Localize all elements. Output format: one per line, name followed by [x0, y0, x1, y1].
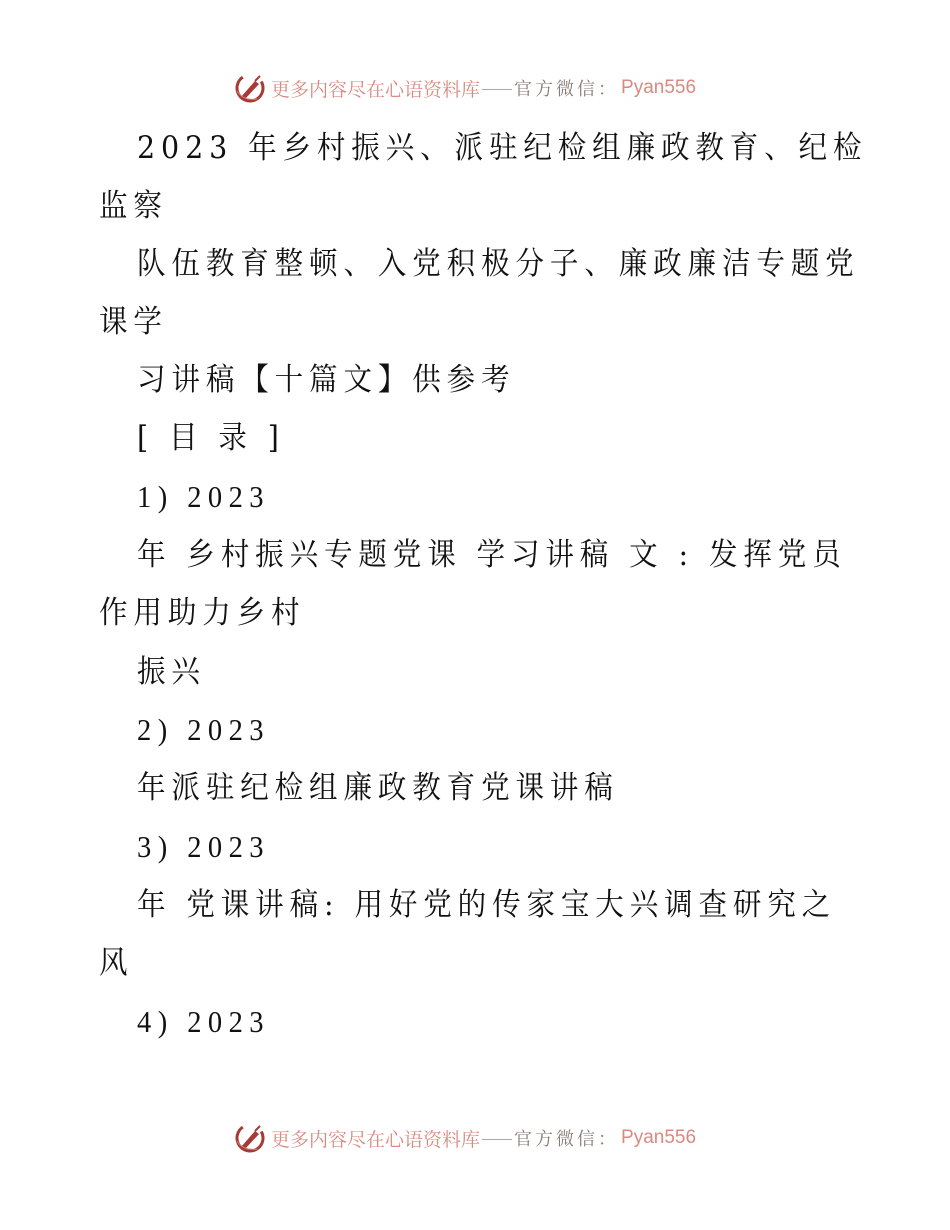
watermark-dash — [482, 1139, 512, 1140]
footer-watermark: 更多内容尽在心语资料库 官方微信： Pyan556 — [233, 1118, 696, 1158]
toc-item-3-title-cont: 风 — [99, 943, 133, 983]
watermark-main-text: 更多内容尽在心语资料库 — [271, 75, 480, 102]
watermark-wechat-id: Pyan556 — [621, 77, 696, 99]
header-watermark: 更多内容尽在心语资料库 官方微信： Pyan556 — [233, 68, 696, 108]
toc-item-1-number: 1) 2023 — [137, 477, 270, 517]
watermark-main-text: 更多内容尽在心语资料库 — [271, 1125, 480, 1152]
watermark-label: 官方微信： — [514, 1125, 619, 1151]
toc-item-4-number: 4) 2023 — [137, 1002, 270, 1042]
toc-item-2-number: 2) 2023 — [137, 710, 270, 750]
title-line-1: 2023 年乡村振兴、派驻纪检组廉政教育、纪检 — [137, 128, 867, 168]
toc-item-3-title: 年 党课讲稿: 用好党的传家宝大兴调查研究之 — [137, 885, 836, 925]
toc-item-3-number: 3) 2023 — [137, 827, 270, 867]
title-line-5: 习讲稿【十篇文】供参考 — [137, 360, 515, 400]
toc-item-1-title: 年 乡村振兴专题党课 学习讲稿 文 : 发挥党员 — [137, 535, 847, 575]
toc-item-1-title-cont: 作用助力乡村 — [99, 593, 305, 633]
quill-pen-logo-icon — [233, 71, 267, 105]
toc-heading: [ 目 录 ] — [137, 418, 285, 458]
watermark-label: 官方微信： — [514, 75, 619, 101]
quill-pen-logo-icon — [233, 1121, 267, 1155]
watermark-wechat-id: Pyan556 — [621, 1127, 696, 1149]
title-line-2: 监察 — [99, 186, 168, 226]
toc-item-1-title-end: 振兴 — [137, 652, 206, 692]
title-line-4: 课学 — [99, 302, 168, 342]
toc-item-2-title: 年派驻纪检组廉政教育党课讲稿 — [137, 768, 619, 808]
title-line-3: 队伍教育整顿、入党积极分子、廉政廉洁专题党 — [137, 244, 860, 284]
watermark-dash — [482, 89, 512, 90]
